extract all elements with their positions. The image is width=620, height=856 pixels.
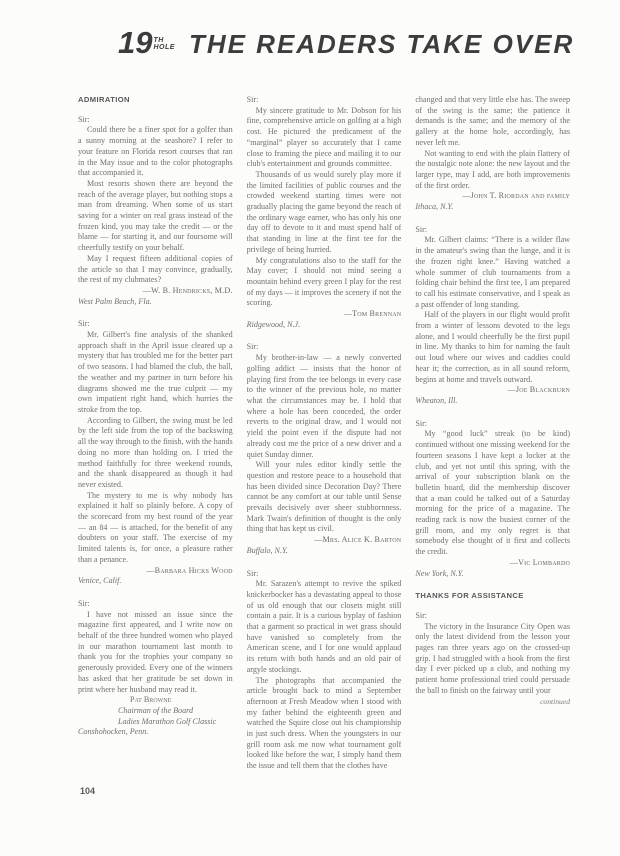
letter-signature: —Joe Blackburn <box>415 385 570 396</box>
letter-paragraph: My sincere gratitude to Mr. Dobson for h… <box>247 106 402 170</box>
masthead-th-superscript: TH <box>153 37 174 44</box>
letter-salutation: Sir: <box>415 225 570 236</box>
continued-note: continued <box>415 697 570 708</box>
letter-paragraph: My “good luck” streak (to be kind) conti… <box>415 429 570 557</box>
letter-signature: —Barbara Hicks Wood <box>78 566 233 577</box>
page-title: THE READERS TAKE OVER <box>189 29 574 59</box>
masthead-th-hole-stack: TH HOLE <box>153 37 174 51</box>
letter-city-line: Venice, Calif. <box>78 576 233 587</box>
letter-city-line: Conshohocken, Penn. <box>78 727 233 738</box>
letter-paragraph: Could there be a finer spot for a golfer… <box>78 125 233 179</box>
letter-paragraph: Mr. Gilbert's fine analysis of the shank… <box>78 330 233 416</box>
letter-signature: —Tom Brennan <box>247 309 402 320</box>
masthead: 19 TH HOLE THE READERS TAKE OVER <box>118 28 574 59</box>
letter-salutation: Sir: <box>78 115 233 126</box>
letter-salutation: Sir: <box>247 569 402 580</box>
page-number: 104 <box>80 786 95 796</box>
letter-salutation: Sir: <box>247 95 402 106</box>
letter-paragraph: Mr. Gilbert claims: “There is a wilder f… <box>415 235 570 310</box>
letter-salutation: Sir: <box>78 319 233 330</box>
letter-signature: —John T. Riordan and family <box>415 191 570 202</box>
letters-column-2: Sir:My sincere gratitude to Mr. Dobson f… <box>247 95 402 787</box>
letter-salutation: Sir: <box>415 611 570 622</box>
letter-signature-block: Pat BrowneChairman of the BoardLadies Ma… <box>78 695 233 727</box>
letter-city-line: Ithaca, N.Y. <box>415 202 570 213</box>
letter-signature: —W. B. Hendricks, M.D. <box>78 286 233 297</box>
letter-city-line: Buffalo, N.Y. <box>247 546 402 557</box>
signatory-role: Ladies Marathon Golf Classic <box>118 717 233 728</box>
letter-paragraph: My brother-in-law — a newly converted go… <box>247 353 402 460</box>
letters-column-1: AdmirationSir:Could there be a finer spo… <box>78 95 233 787</box>
letter-paragraph: My congratulations also to the staff for… <box>247 256 402 310</box>
letter-city-line: Wheaton, Ill. <box>415 396 570 407</box>
letter-paragraph: Most resorts shown there are beyond the … <box>78 179 233 254</box>
letter-heading: Thanks for Assistance <box>415 591 570 602</box>
letters-column-3: changed and that very little else has. T… <box>415 95 570 787</box>
letter-paragraph: The victory in the Insurance City Open w… <box>415 622 570 697</box>
letter-city-line: West Palm Beach, Fla. <box>78 297 233 308</box>
letter-salutation: Sir: <box>247 342 402 353</box>
magazine-page: 19 TH HOLE THE READERS TAKE OVER Admirat… <box>0 0 620 856</box>
letter-paragraph: Will your rules editor kindly settle the… <box>247 460 402 535</box>
letter-paragraph: According to Gilbert, the swing must be … <box>78 416 233 491</box>
letter-city-line: New York, N.Y. <box>415 569 570 580</box>
letter-paragraph: Thousands of us would surely play more i… <box>247 170 402 256</box>
masthead-hole-subscript: HOLE <box>153 44 174 51</box>
letter-salutation: Sir: <box>415 419 570 430</box>
letter-salutation: Sir: <box>78 599 233 610</box>
letters-columns: AdmirationSir:Could there be a finer spo… <box>78 95 570 787</box>
letter-heading: Admiration <box>78 95 233 106</box>
masthead-19-number: 19 <box>118 28 152 58</box>
letter-city-line: Ridgewood, N.J. <box>247 320 402 331</box>
letter-paragraph: I have not missed an issue since the mag… <box>78 610 233 696</box>
signatory-name: Pat Browne <box>130 695 233 706</box>
letter-paragraph: Mr. Sarazen's attempt to revive the spik… <box>247 579 402 675</box>
letter-paragraph: The photographs that accompanied the art… <box>247 676 402 772</box>
letter-paragraph: Not wanting to end with the plain flatte… <box>415 149 570 192</box>
letter-signature: —Vic Lombardo <box>415 558 570 569</box>
letter-paragraph: May I request fifteen additional copies … <box>78 254 233 286</box>
letter-paragraph: changed and that very little else has. T… <box>415 95 570 149</box>
letter-signature: —Mrs. Alice K. Barton <box>247 535 402 546</box>
letter-paragraph: The mystery to me is why nobody has expl… <box>78 491 233 566</box>
letter-paragraph: Half of the players in our flight would … <box>415 310 570 385</box>
signatory-role: Chairman of the Board <box>118 706 233 717</box>
